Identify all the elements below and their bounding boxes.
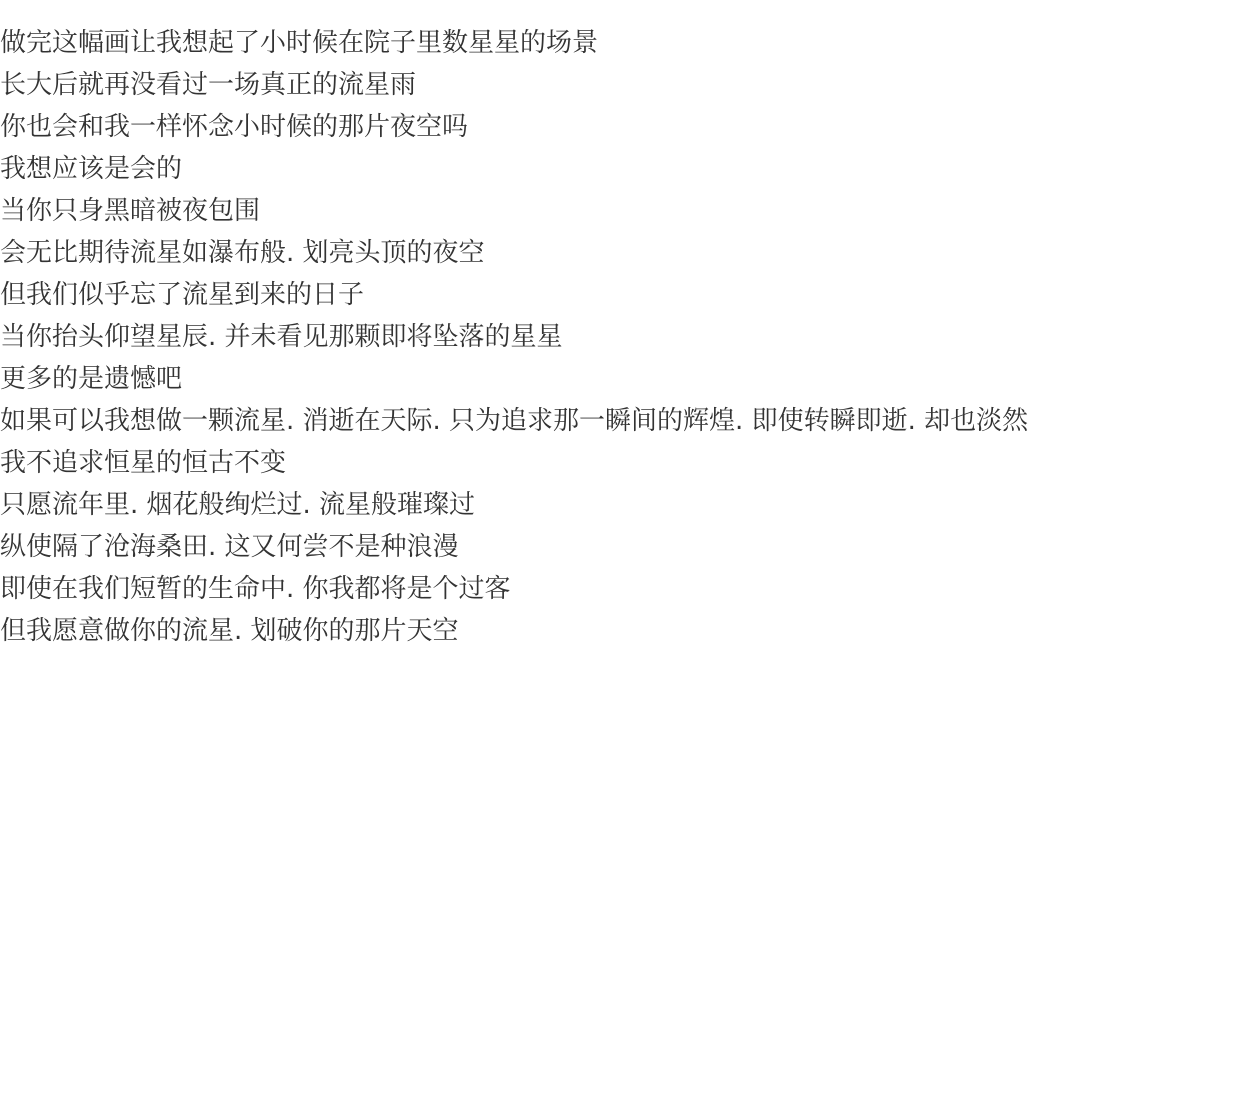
text-line-8: 当你抬头仰望星辰. 并未看见那颗即将坠落的星星 bbox=[0, 316, 1240, 358]
text-line-13: 纵使隔了沧海桑田. 这又何尝不是种浪漫 bbox=[0, 526, 1240, 568]
text-line-12: 只愿流年里. 烟花般绚烂过. 流星般璀璨过 bbox=[0, 484, 1240, 526]
text-line-7: 但我们似乎忘了流星到来的日子 bbox=[0, 274, 1240, 316]
text-line-10: 如果可以我想做一颗流星. 消逝在天际. 只为追求那一瞬间的辉煌. 即使转瞬即逝.… bbox=[0, 400, 1240, 442]
text-line-11: 我不追求恒星的恒古不变 bbox=[0, 442, 1240, 484]
text-line-5: 当你只身黑暗被夜包围 bbox=[0, 190, 1240, 232]
text-line-1: 做完这幅画让我想起了小时候在院子里数星星的场景 bbox=[0, 22, 1240, 64]
text-line-14: 即使在我们短暂的生命中. 你我都将是个过客 bbox=[0, 568, 1240, 610]
text-line-9: 更多的是遗憾吧 bbox=[0, 358, 1240, 400]
text-line-2: 长大后就再没看过一场真正的流星雨 bbox=[0, 64, 1240, 106]
text-line-15: 但我愿意做你的流星. 划破你的那片天空 bbox=[0, 610, 1240, 652]
text-line-3: 你也会和我一样怀念小时候的那片夜空吗 bbox=[0, 106, 1240, 148]
text-line-4: 我想应该是会的 bbox=[0, 148, 1240, 190]
poem-text-block: 做完这幅画让我想起了小时候在院子里数星星的场景 长大后就再没看过一场真正的流星雨… bbox=[0, 22, 1240, 652]
text-line-6: 会无比期待流星如瀑布般. 划亮头顶的夜空 bbox=[0, 232, 1240, 274]
